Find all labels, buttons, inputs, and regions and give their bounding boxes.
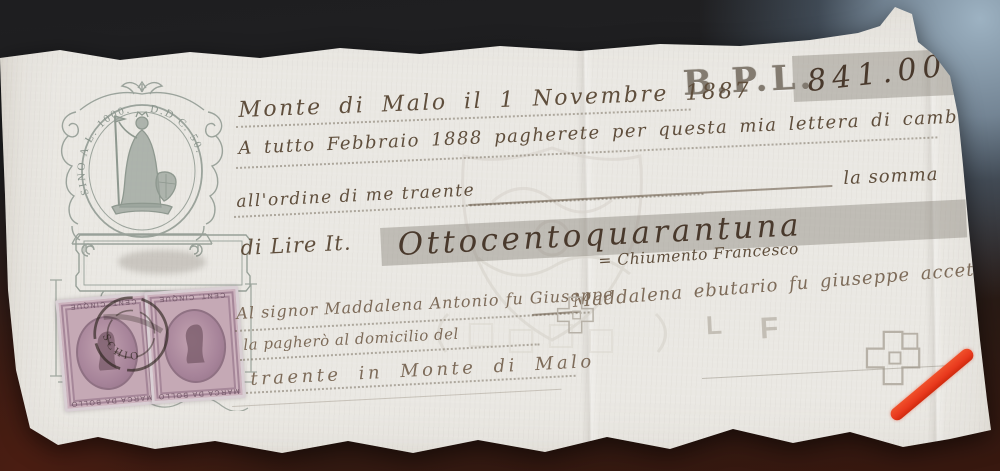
emblem-right-text: D.D C. 50.	[149, 103, 206, 156]
sum-label: la somma	[843, 166, 939, 188]
allegorical-figure	[112, 112, 176, 214]
pencil-letter-l: L	[705, 310, 722, 342]
stamp-bottom-label: MARCA DA BOLLO	[154, 387, 242, 400]
amount-highlight-band: 841.00	[792, 49, 966, 102]
pencil-cross-doodle	[556, 296, 596, 334]
emblem-left-text: SINO A L. 1000.	[76, 103, 132, 196]
bill-of-exchange-document: SINO A L. 1000. D.D C. 50.	[0, 0, 1000, 471]
pencil-letter-f: F	[759, 312, 779, 347]
photo-background: SINO A L. 1000. D.D C. 50.	[0, 0, 1000, 471]
ink-smudge	[118, 250, 206, 274]
pencil-cross-doodle	[858, 330, 930, 386]
postmark: SCHIO	[86, 289, 176, 379]
amount-figures: 841.00	[805, 48, 949, 99]
portrait-head-icon	[173, 318, 214, 371]
currency-label: di Lire It.	[240, 233, 352, 259]
paper-wrapper: SINO A L. 1000. D.D C. 50.	[0, 0, 1000, 471]
